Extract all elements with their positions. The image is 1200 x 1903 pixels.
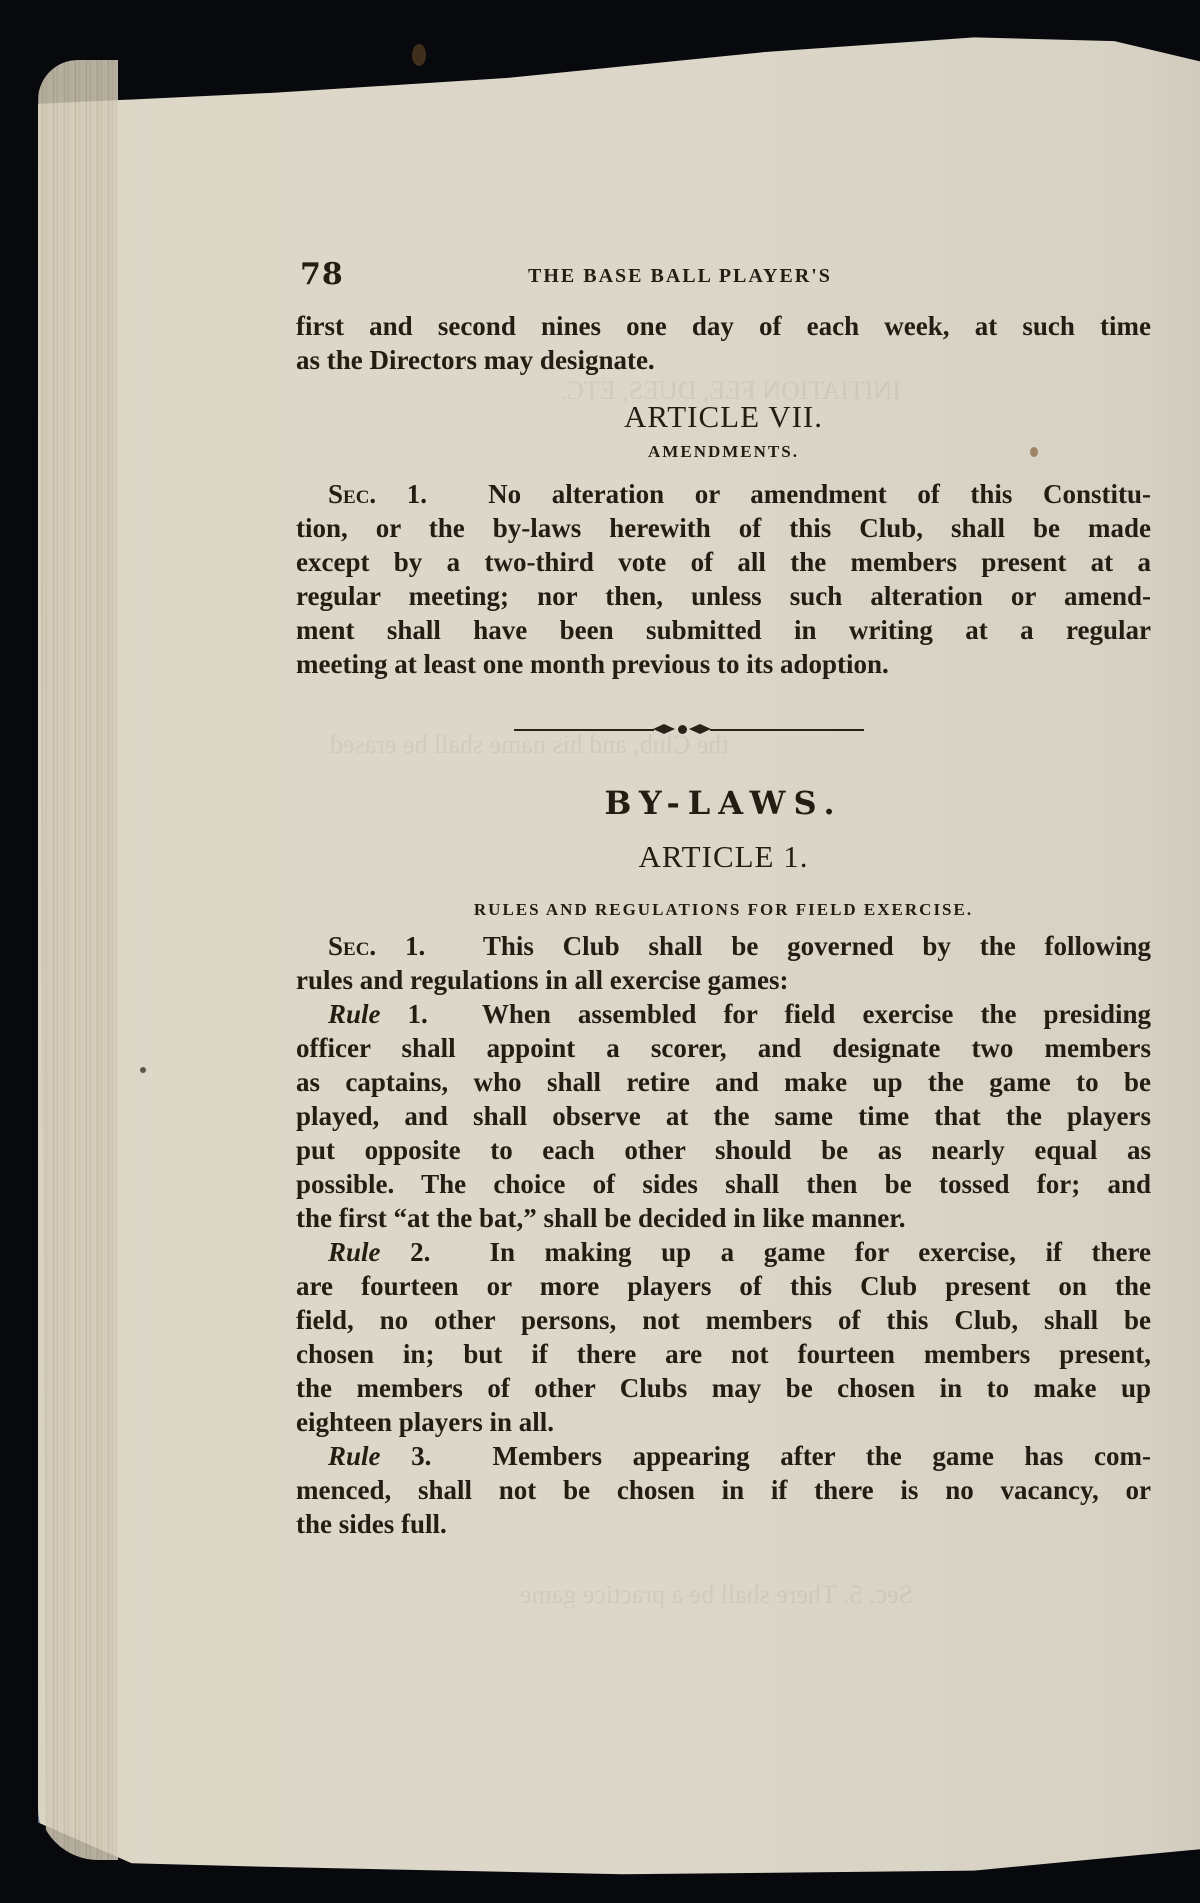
bleed-through-text: Sec. 5. There shall be a practice game bbox=[520, 1580, 913, 1610]
text-fragment: This Club shall be governed by the follo… bbox=[483, 931, 1151, 961]
bylaws-title: BY-LAWS. bbox=[296, 781, 1151, 825]
text-line: Rule 1. When assembled for field exercis… bbox=[296, 997, 1151, 1031]
article-vii-section-1: Sec. 1. No alteration or amendment of th… bbox=[296, 477, 1151, 681]
text-line: the members of other Clubs may be chosen… bbox=[296, 1371, 1151, 1405]
text-line: are fourteen or more players of this Clu… bbox=[296, 1269, 1151, 1303]
amendments-subheading: AMENDMENTS. bbox=[296, 437, 1151, 467]
text-line: chosen in; but if there are not fourteen… bbox=[296, 1337, 1151, 1371]
article-vii-heading: ARTICLE VII. bbox=[296, 397, 1151, 437]
text-line: the sides full. bbox=[296, 1507, 1151, 1541]
text-line: eighteen players in all. bbox=[296, 1405, 1151, 1439]
text-line: regular meeting; nor then, unless such a… bbox=[296, 579, 1151, 613]
scan-background: INITIATION FEE, DUES, ETC. the Club, and… bbox=[0, 0, 1200, 1903]
running-head: 78 THE BASE BALL PLAYER'S bbox=[296, 255, 1156, 303]
rule-1: Rule 1. When assembled for field exercis… bbox=[296, 997, 1151, 1235]
text-fragment: In making up a game for exercise, if the… bbox=[489, 1237, 1151, 1267]
text-line: ment shall have been submitted in writin… bbox=[296, 613, 1151, 647]
text-line: played, and shall observe at the same ti… bbox=[296, 1099, 1151, 1133]
field-exercise-subheading: RULES AND REGULATIONS FOR FIELD EXERCISE… bbox=[296, 895, 1151, 925]
divider-rule bbox=[710, 729, 864, 731]
bylaws-section-1: Sec. 1. This Club shall be governed by t… bbox=[296, 929, 1151, 997]
text-line: tion, or the by-laws herewith of this Cl… bbox=[296, 511, 1151, 545]
divider-diamond bbox=[689, 724, 711, 734]
section-label: Sec. 1. bbox=[328, 931, 425, 961]
page-number: 78 bbox=[300, 257, 344, 292]
divider-dot bbox=[678, 725, 687, 734]
continuation-paragraph: first and second nines one day of each w… bbox=[296, 309, 1151, 377]
text-line: Rule 3. Members appearing after the game… bbox=[296, 1439, 1151, 1473]
text-line: except by a two-third vote of all the me… bbox=[296, 545, 1151, 579]
rule-label: Rule bbox=[328, 999, 381, 1029]
rule-number: 2. bbox=[410, 1237, 430, 1267]
text-line: first and second nines one day of each w… bbox=[296, 309, 1151, 343]
page-fore-edge bbox=[38, 60, 118, 1860]
text-line: as captains, who shall retire and make u… bbox=[296, 1065, 1151, 1099]
rule-label: Rule bbox=[328, 1237, 381, 1267]
text-line: meeting at least one month previous to i… bbox=[296, 647, 1151, 681]
divider-diamond bbox=[653, 724, 675, 734]
text-line: possible. The choice of sides shall then… bbox=[296, 1167, 1151, 1201]
text-line: put opposite to each other should be as … bbox=[296, 1133, 1151, 1167]
text-line: Rule 2. In making up a game for exercise… bbox=[296, 1235, 1151, 1269]
rule-number: 3. bbox=[411, 1441, 431, 1471]
text-line: Sec. 1. No alteration or amendment of th… bbox=[296, 477, 1151, 511]
text-fragment: No alteration or amendment of this Const… bbox=[488, 479, 1151, 509]
text-line: officer shall appoint a scorer, and desi… bbox=[296, 1031, 1151, 1065]
text-line: field, no other persons, not members of … bbox=[296, 1303, 1151, 1337]
text-line: Sec. 1. This Club shall be governed by t… bbox=[296, 929, 1151, 963]
rule-2: Rule 2. In making up a game for exercise… bbox=[296, 1235, 1151, 1439]
text-line: rules and regulations in all exercise ga… bbox=[296, 963, 1151, 997]
section-label: Sec. 1. bbox=[328, 479, 427, 509]
foxing-stain bbox=[140, 1067, 146, 1073]
article-1-heading: ARTICLE 1. bbox=[296, 837, 1151, 877]
rule-label: Rule bbox=[328, 1441, 381, 1471]
text-line: the first “at the bat,” shall be decided… bbox=[296, 1201, 1151, 1235]
rule-number: 1. bbox=[408, 999, 428, 1029]
text-fragment: When assembled for field exercise the pr… bbox=[482, 999, 1151, 1029]
rule-3: Rule 3. Members appearing after the game… bbox=[296, 1439, 1151, 1541]
page-text-block: 78 THE BASE BALL PLAYER'S first and seco… bbox=[296, 255, 1156, 1541]
section-divider-ornament-icon bbox=[296, 711, 1151, 751]
text-fragment: Members appearing after the game has com… bbox=[493, 1441, 1151, 1471]
text-line: menced, shall not be chosen in if there … bbox=[296, 1473, 1151, 1507]
text-line: as the Directors may designate. bbox=[296, 343, 1151, 377]
foxing-stain bbox=[412, 44, 426, 66]
running-title: THE BASE BALL PLAYER'S bbox=[528, 265, 832, 288]
divider-rule bbox=[514, 729, 654, 731]
